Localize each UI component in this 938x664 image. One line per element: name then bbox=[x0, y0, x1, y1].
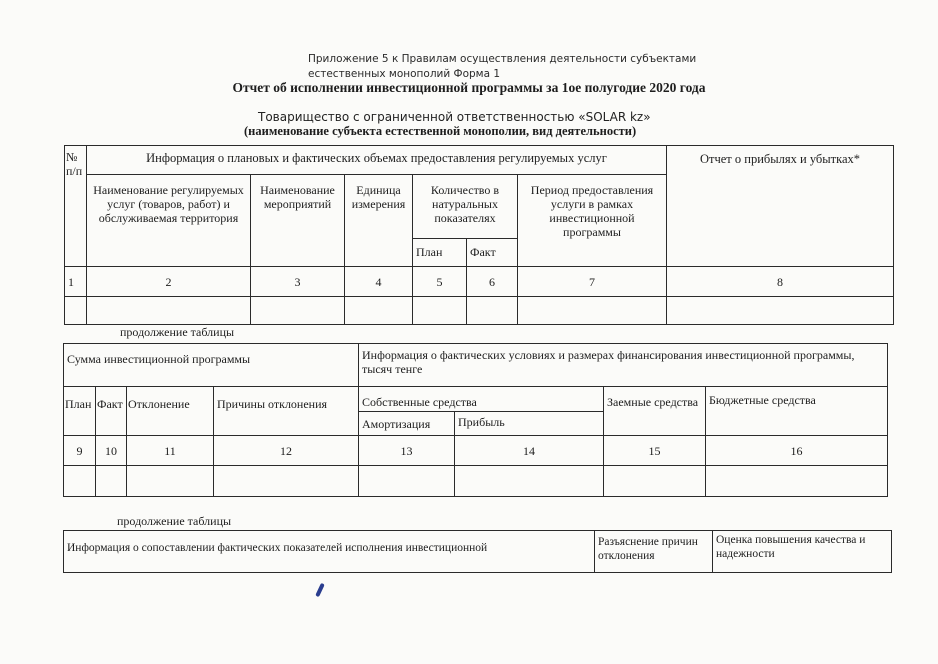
investment-sum-header: Сумма инвестиционной программы bbox=[64, 344, 359, 387]
cell[interactable] bbox=[359, 466, 455, 497]
continuation-label-2: продолжение таблицы bbox=[117, 514, 231, 529]
col-explanation-header: Разъяснение причин отклонения bbox=[595, 531, 713, 573]
col-unit-header: Единица измерения bbox=[345, 175, 413, 267]
cell[interactable] bbox=[87, 297, 251, 325]
col-number-6: 6 bbox=[467, 267, 518, 297]
cell[interactable] bbox=[345, 297, 413, 325]
col-number-13: 13 bbox=[359, 436, 455, 466]
plan-fact-volumes-table: № п/п Информация о плановых и фактически… bbox=[64, 145, 894, 325]
cell[interactable] bbox=[64, 466, 96, 497]
col-budget-header: Бюджетные средства bbox=[706, 387, 888, 436]
col-borrowed-header: Заемные средства bbox=[604, 387, 706, 436]
financing-info-header: Информация о фактических условиях и разм… bbox=[359, 344, 888, 387]
profit-loss-header: Отчет о прибылях и убытках* bbox=[667, 146, 894, 267]
col-deviation-header: Отклонение bbox=[127, 387, 214, 436]
col-number-4: 4 bbox=[345, 267, 413, 297]
col-number-11: 11 bbox=[127, 436, 214, 466]
cell[interactable] bbox=[96, 466, 127, 497]
col-events-header: Наименование мероприятий bbox=[251, 175, 345, 267]
col-own-funds-header: Собственные средства bbox=[359, 387, 604, 412]
col-number-1: 1 bbox=[65, 267, 87, 297]
appendix-line-1: Приложение 5 к Правилам осуществления де… bbox=[308, 52, 728, 67]
financing-table: Сумма инвестиционной программы Информаци… bbox=[63, 343, 888, 497]
continuation-label-1: продолжение таблицы bbox=[120, 325, 234, 340]
cell[interactable] bbox=[518, 297, 667, 325]
cell[interactable] bbox=[455, 466, 604, 497]
col-profit-header: Прибыль bbox=[455, 412, 604, 436]
col-depreciation-header: Амортизация bbox=[359, 412, 455, 436]
table-row bbox=[64, 466, 888, 497]
report-title: Отчет об исполнении инвестиционной прогр… bbox=[0, 80, 938, 96]
cell[interactable] bbox=[706, 466, 888, 497]
col-quality-header: Оценка повышения качества и надежности bbox=[713, 531, 892, 573]
organization-caption: (наименование субъекта естественной моно… bbox=[244, 124, 636, 139]
col-plan-header: План bbox=[64, 387, 96, 436]
organization-name: Товарищество с ограниченной ответственно… bbox=[258, 110, 651, 124]
cell[interactable] bbox=[127, 466, 214, 497]
appendix-note: Приложение 5 к Правилам осуществления де… bbox=[308, 52, 728, 82]
col-number-7: 7 bbox=[518, 267, 667, 297]
col-plan-header: План bbox=[413, 239, 467, 267]
col-fact-header: Факт bbox=[96, 387, 127, 436]
col-number-12: 12 bbox=[214, 436, 359, 466]
col-number-16: 16 bbox=[706, 436, 888, 466]
pen-mark bbox=[315, 583, 325, 597]
cell[interactable] bbox=[667, 297, 894, 325]
col-fact-header: Факт bbox=[467, 239, 518, 267]
col-services-header: Наименование регулируемых услуг (товаров… bbox=[87, 175, 251, 267]
comparison-table: Информация о сопоставлении фактических п… bbox=[63, 530, 892, 573]
table-row bbox=[65, 297, 894, 325]
col-number-8: 8 bbox=[667, 267, 894, 297]
volumes-group-header: Информация о плановых и фактических объе… bbox=[87, 146, 667, 175]
cell[interactable] bbox=[65, 297, 87, 325]
cell[interactable] bbox=[214, 466, 359, 497]
col-reasons-header: Причины отклонения bbox=[214, 387, 359, 436]
col-number-2: 2 bbox=[87, 267, 251, 297]
col-period-header: Период предоставления услуги в рамках ин… bbox=[518, 175, 667, 267]
cell[interactable] bbox=[251, 297, 345, 325]
col-number-15: 15 bbox=[604, 436, 706, 466]
report-title-text: Отчет об исполнении инвестиционной прогр… bbox=[232, 80, 705, 95]
cell[interactable] bbox=[467, 297, 518, 325]
cell[interactable] bbox=[413, 297, 467, 325]
col-number-3: 3 bbox=[251, 267, 345, 297]
col-row-number-header: № п/п bbox=[65, 146, 87, 267]
col-quantity-header: Количество в натуральных показателях bbox=[413, 175, 518, 239]
col-number-10: 10 bbox=[96, 436, 127, 466]
col-number-5: 5 bbox=[413, 267, 467, 297]
col-number-14: 14 bbox=[455, 436, 604, 466]
col-number-9: 9 bbox=[64, 436, 96, 466]
col-comparison-header: Информация о сопоставлении фактических п… bbox=[64, 531, 595, 573]
cell[interactable] bbox=[604, 466, 706, 497]
